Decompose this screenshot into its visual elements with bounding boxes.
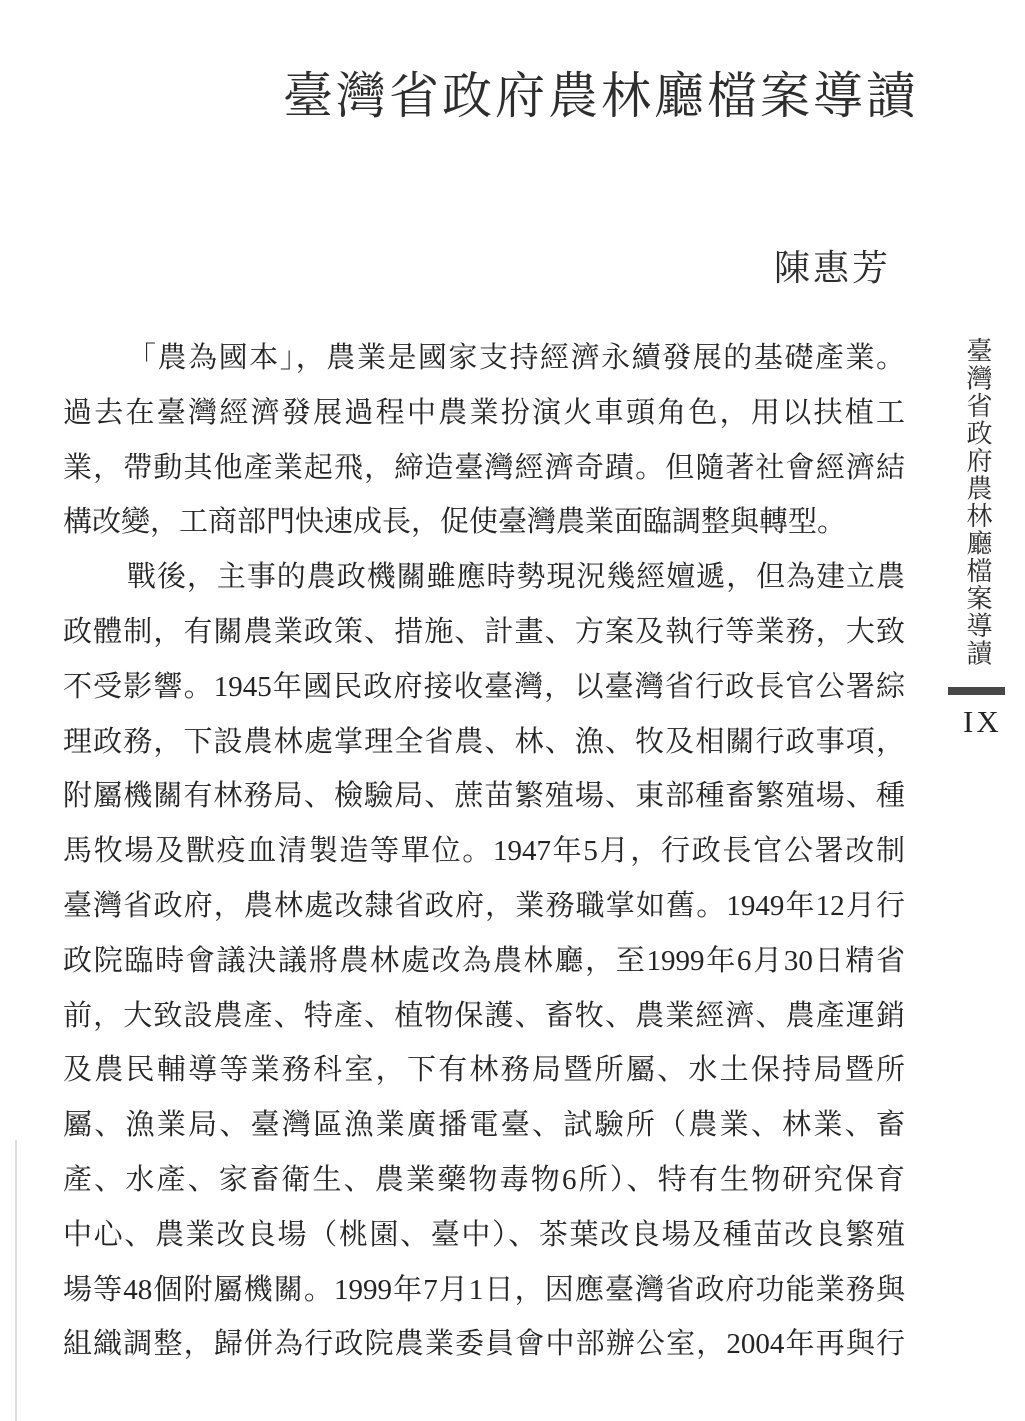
scan-edge-artifact — [15, 1140, 17, 1421]
body-line: 戰後，主事的農政機關雖應時勢現況幾經嬗遞，但為建立農 — [63, 550, 905, 605]
body-line: 附屬機關有林務局、檢驗局、蔗苗繁殖場、東部種畜繁殖場、種 — [63, 769, 905, 824]
margin-running-title: 臺灣省政府農林廳檔案導讀 — [959, 337, 996, 677]
body-line: 構改變，工商部門快速成長，促使臺灣農業面臨調整與轉型。 — [63, 495, 905, 550]
body-line: 理政務，下設農林處掌理全省農、林、漁、牧及相關行政事項， — [63, 715, 905, 770]
body-line: 中心、農業改良場（桃園、臺中）、茶葉改良場及種苗改良繁殖 — [63, 1208, 905, 1263]
body-text: 「農為國本」，農業是國家支持經濟永續發展的基礎產業。 過去在臺灣經濟發展過程中農… — [63, 331, 905, 1372]
document-page: 臺灣省政府農林廳檔案導讀 陳惠芳 「農為國本」，農業是國家支持經濟永續發展的基礎… — [0, 0, 1025, 1421]
body-line: 「農為國本」，農業是國家支持經濟永續發展的基礎產業。 — [63, 331, 905, 386]
body-line: 業，帶動其他產業起飛，締造臺灣經濟奇蹟。但隨著社會經濟結 — [63, 441, 905, 496]
body-line: 政體制，有關農業政策、措施、計畫、方案及執行等業務，大致 — [63, 605, 905, 660]
margin-divider — [948, 687, 1005, 695]
page-title: 臺灣省政府農林廳檔案導讀 — [283, 56, 919, 128]
author-name: 陳惠芳 — [774, 240, 891, 291]
page-number: IX — [963, 704, 1002, 740]
body-line: 過去在臺灣經濟發展過程中農業扮演火車頭角色，用以扶植工 — [63, 386, 905, 441]
body-line: 馬牧場及獸疫血清製造等單位。1947年5月，行政長官公署改制 — [63, 824, 905, 879]
body-line: 組織調整，歸併為行政院農業委員會中部辦公室，2004年再與行 — [63, 1317, 905, 1372]
body-line: 臺灣省政府，農林處改隸省政府，業務職掌如舊。1949年12月行 — [63, 879, 905, 934]
body-line: 前，大致設農產、特產、植物保護、畜牧、農業經濟、農產運銷 — [63, 989, 905, 1044]
body-line: 場等48個附屬機關。1999年7月1日，因應臺灣省政府功能業務與 — [63, 1263, 905, 1318]
body-line: 產、水產、家畜衛生、農業藥物毒物6所）、特有生物研究保育 — [63, 1153, 905, 1208]
body-line: 不受影響。1945年國民政府接收臺灣，以臺灣省行政長官公署綜 — [63, 660, 905, 715]
body-line: 及農民輔導等業務科室，下有林務局暨所屬、水土保持局暨所 — [63, 1043, 905, 1098]
body-line: 政院臨時會議決議將農林處改為農林廳，至1999年6月30日精省 — [63, 934, 905, 989]
body-line: 屬、漁業局、臺灣區漁業廣播電臺、試驗所（農業、林業、畜 — [63, 1098, 905, 1153]
